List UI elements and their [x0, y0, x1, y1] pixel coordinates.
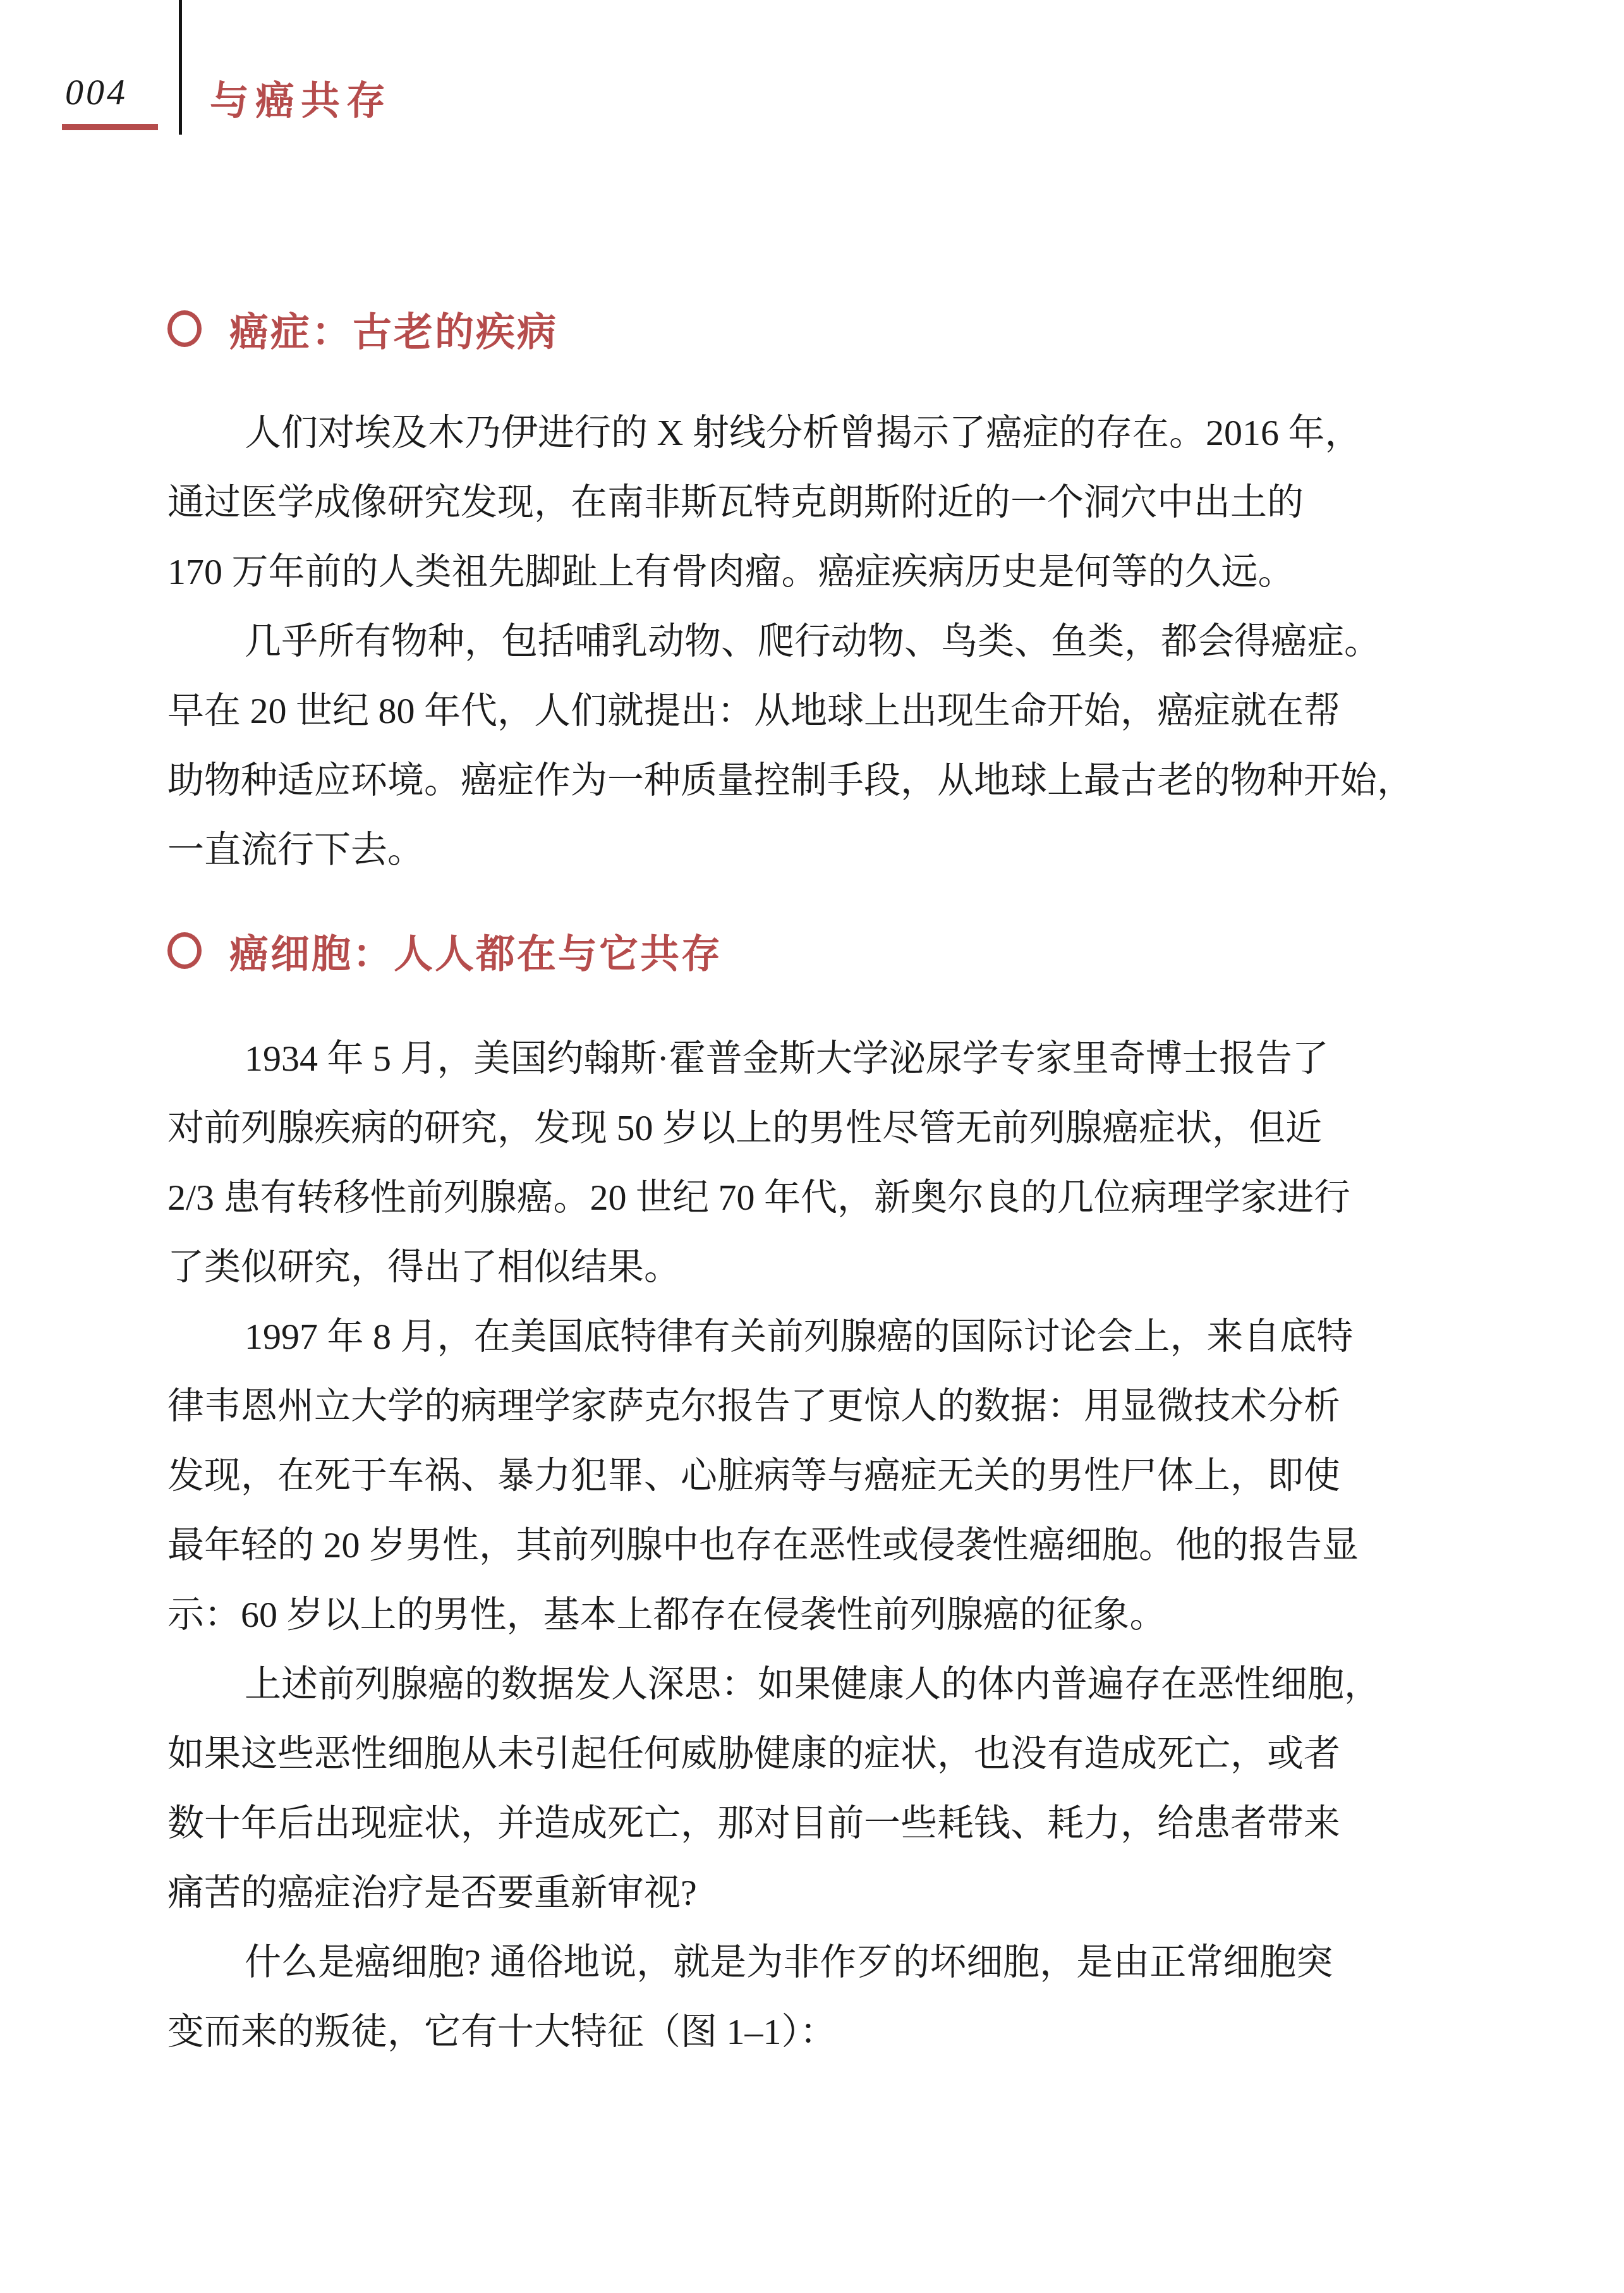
paragraph-line: 2/3 患有转移性前列腺癌。20 世纪 70 年代，新奥尔良的几位病理学家进行 [167, 1163, 1371, 1232]
paragraph: 人们对埃及木乃伊进行的 X 射线分析曾揭示了癌症的存在。2016 年， 通过医学… [167, 398, 1371, 607]
paragraph-line: 对前列腺疾病的研究，发现 50 岁以上的男性尽管无前列腺癌症状，但近 [167, 1093, 1371, 1163]
paragraph: 什么是癌细胞? 通俗地说，就是为非作歹的坏细胞，是由正常细胞突 变而来的叛徒，它… [167, 1928, 1371, 2067]
paragraph-line: 通过医学成像研究发现，在南非斯瓦特克朗斯附近的一个洞穴中出土的 [167, 468, 1371, 537]
paragraph: 1934 年 5 月，美国约翰斯·霍普金斯大学泌尿学专家里奇博士报告了 对前列腺… [167, 1024, 1371, 1302]
book-page: 004 与癌共存 癌症：古老的疾病 人们对埃及木乃伊进行的 X 射线分析曾揭示了… [0, 0, 1624, 2293]
paragraph-line: 变而来的叛徒，它有十大特征（图 1–1）： [167, 1997, 1371, 2067]
paragraph-line: 人们对埃及木乃伊进行的 X 射线分析曾揭示了癌症的存在。2016 年， [167, 398, 1371, 468]
paragraph-line: 什么是癌细胞? 通俗地说，就是为非作歹的坏细胞，是由正常细胞突 [167, 1928, 1371, 1997]
paragraph-line: 发现，在死于车祸、暴力犯罪、心脏病等与癌症无关的男性尸体上，即使 [167, 1441, 1371, 1511]
section-heading-text: 癌症：古老的疾病 [229, 301, 558, 357]
paragraph-line: 痛苦的癌症治疗是否要重新审视? [167, 1858, 1371, 1928]
paragraph-line: 了类似研究，得出了相似结果。 [167, 1232, 1371, 1302]
paragraph: 几乎所有物种，包括哺乳动物、爬行动物、鸟类、鱼类，都会得癌症。 早在 20 世纪… [167, 607, 1371, 885]
paragraph-line: 1997 年 8 月，在美国底特律有关前列腺癌的国际讨论会上，来自底特 [167, 1302, 1371, 1372]
paragraph-line: 170 万年前的人类祖先脚趾上有骨肉瘤。癌症疾病历史是何等的久远。 [167, 537, 1371, 607]
paragraph-line: 一直流行下去。 [167, 815, 1371, 885]
section-heading-text: 癌细胞：人人都在与它共存 [229, 923, 722, 979]
paragraph-line: 早在 20 世纪 80 年代，人们就提出：从地球上出现生命开始，癌症就在帮 [167, 676, 1371, 746]
paragraph-line: 几乎所有物种，包括哺乳动物、爬行动物、鸟类、鱼类，都会得癌症。 [167, 607, 1371, 676]
paragraph: 1997 年 8 月，在美国底特律有关前列腺癌的国际讨论会上，来自底特 律韦恩州… [167, 1302, 1371, 1650]
paragraph-line: 1934 年 5 月，美国约翰斯·霍普金斯大学泌尿学专家里奇博士报告了 [167, 1024, 1371, 1093]
paragraph-line: 最年轻的 20 岁男性，其前列腺中也存在恶性或侵袭性癌细胞。他的报告显 [167, 1511, 1371, 1580]
section-heading-cancer-cells-coexist: 癌细胞：人人都在与它共存 [167, 924, 722, 977]
book-title: 与癌共存 [210, 70, 392, 126]
paragraph-line: 示：60 岁以上的男性，基本上都存在侵袭性前列腺癌的征象。 [167, 1580, 1371, 1650]
section-heading-cancer-ancient-disease: 癌症：古老的疾病 [167, 302, 558, 355]
circle-bullet-icon [167, 932, 202, 969]
circle-bullet-icon [167, 310, 202, 347]
paragraph-line: 律韦恩州立大学的病理学家萨克尔报告了更惊人的数据：用显微技术分析 [167, 1372, 1371, 1441]
paragraph-line: 数十年后出现症状，并造成死亡，那对目前一些耗钱、耗力，给患者带来 [167, 1789, 1371, 1858]
paragraph-line: 如果这些恶性细胞从未引起任何威胁健康的症状，也没有造成死亡，或者 [167, 1719, 1371, 1789]
page-number: 004 [65, 71, 128, 113]
paragraph-line: 上述前列腺癌的数据发人深思：如果健康人的体内普遍存在恶性细胞， [167, 1650, 1371, 1719]
paragraph-line: 助物种适应环境。癌症作为一种质量控制手段，从地球上最古老的物种开始， [167, 746, 1371, 815]
paragraph: 上述前列腺癌的数据发人深思：如果健康人的体内普遍存在恶性细胞， 如果这些恶性细胞… [167, 1650, 1371, 1928]
page-number-underline [62, 124, 158, 130]
header-divider [179, 0, 182, 135]
